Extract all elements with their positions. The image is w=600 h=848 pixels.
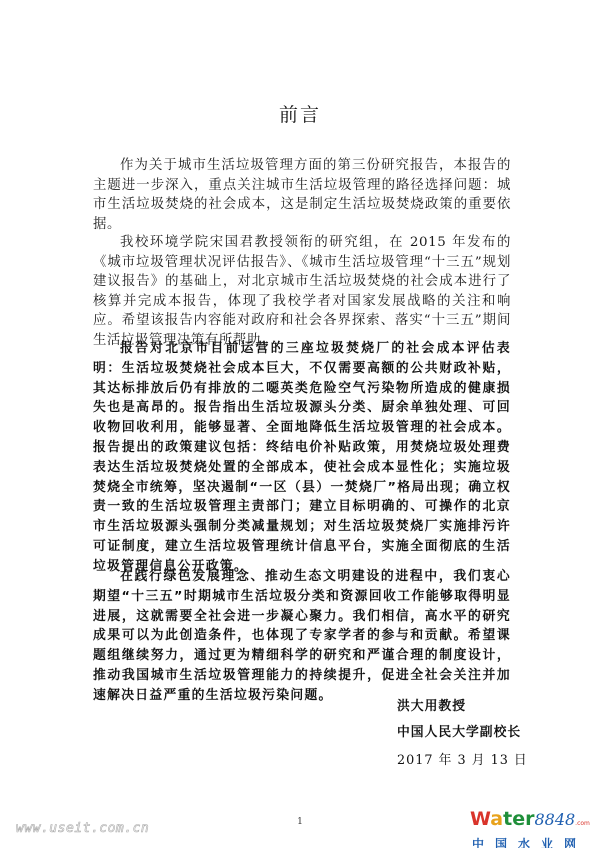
signature-date: 2017 年 3 月 13 日	[397, 749, 528, 768]
watermark-water8848-logo: Water8848.com 中国水业网	[470, 810, 595, 848]
water8848-cn-name: 中国水业网	[470, 835, 595, 848]
paragraph-outlook: 在践行绿色发展理念、推动生态文明建设的进程中，我们衷心期望“十三五”时期城市生活…	[93, 567, 511, 706]
signature-position: 中国人民大学副校长	[397, 721, 521, 740]
signature-name: 洪大用教授	[397, 695, 466, 714]
paragraph-research-group: 我校环境学院宋国君教授领衔的研究组，在 2015 年发布的《城市垃圾管理状况评估…	[93, 233, 511, 351]
page-title: 前言	[0, 100, 600, 127]
water8848-brand: Water8848.com	[470, 810, 595, 833]
watermark-useit: www.useit.com.cn	[16, 821, 149, 836]
paragraph-findings: 报告对北京市目前运营的三座垃圾焚烧厂的社会成本评估表明：生活垃圾焚烧社会成本巨大…	[93, 339, 511, 577]
paragraph-intro: 作为关于城市生活垃圾管理方面的第三份研究报告，本报告的主题进一步深入，重点关注城…	[93, 156, 511, 234]
